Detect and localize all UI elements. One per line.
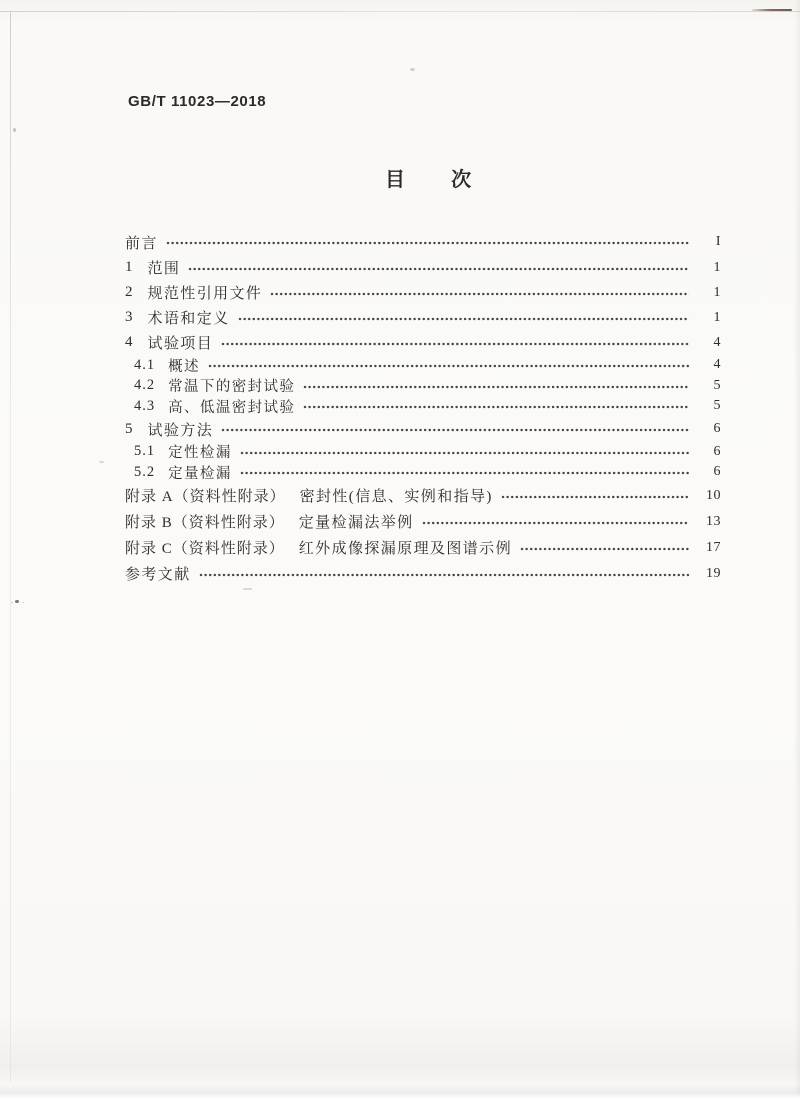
toc-item-label: 高、低温密封试验 [168, 396, 295, 417]
toc-row: 2 规范性引用文件 1 [125, 280, 721, 305]
toc-item-label: 概述 [168, 355, 200, 376]
toc-item-page: 19 [695, 566, 721, 582]
toc-row: 5.2 定量检漏 6 [125, 462, 721, 483]
dot-leader [303, 385, 689, 389]
toc-list: 前言 I 1 范围 1 2 规范性引用文件 1 3 术语和定义 1 4 试验项目… [125, 229, 721, 587]
toc-row: 5 试验方法 6 [125, 417, 721, 442]
toc-item-label: 前言 [125, 232, 158, 253]
toc-row: 附录 C（资料性附录） 红外成像探漏原理及图谱示例 17 [125, 535, 721, 561]
toc-row: 4.2 常温下的密封试验 5 [125, 376, 721, 397]
dot-leader [166, 241, 689, 245]
toc-item-label: 参考文献 [125, 563, 191, 584]
toc-item-page: 6 [695, 421, 721, 437]
scan-edge-top [0, 11, 800, 12]
toc-item-page: 1 [695, 260, 721, 276]
dot-leader [188, 267, 689, 271]
toc-item-page: 5 [695, 378, 721, 394]
dot-leader [501, 495, 689, 499]
dot-leader [221, 342, 689, 346]
toc-row: 附录 A（资料性附录） 密封性(信息、实例和指导) 10 [125, 483, 721, 509]
scan-edge-bottom [0, 1084, 800, 1100]
toc-item-page: 6 [695, 464, 721, 480]
toc-row: 附录 B（资料性附录） 定量检漏法举例 13 [125, 509, 721, 535]
dot-leader [240, 451, 689, 455]
dot-leader [240, 471, 689, 475]
toc-row: 参考文献 19 [125, 561, 721, 587]
dot-leader [270, 292, 689, 296]
toc-item-label: 常温下的密封试验 [168, 375, 295, 396]
toc-item-label: 定量检漏 [168, 462, 232, 483]
dot-leader [422, 521, 689, 525]
toc-item-label: 定性检漏 [168, 441, 232, 462]
scanned-document-page: GB/T 11023—2018 目 次 前言 I 1 范围 1 2 规范性引用文… [0, 0, 800, 1100]
toc-item-number: 5.1 [134, 443, 155, 460]
dot-leader [199, 573, 689, 577]
toc-item-number: 4.3 [134, 398, 155, 415]
toc-title: 目 次 [385, 163, 472, 192]
toc-row: 4 试验项目 4 [125, 330, 721, 355]
toc-item-page: 4 [695, 335, 721, 351]
scan-corner-mark [752, 9, 792, 11]
toc-item-label: 范围 [148, 257, 181, 278]
scan-edge-right [794, 0, 800, 1100]
dot-leader [303, 405, 689, 409]
scan-speck [99, 461, 104, 463]
toc-row: 4.3 高、低温密封试验 5 [125, 396, 721, 417]
toc-item-number: 4.2 [134, 377, 155, 394]
toc-item-number: 1 [125, 259, 134, 276]
toc-row: 3 术语和定义 1 [125, 305, 721, 330]
toc-item-page: 1 [695, 310, 721, 326]
toc-item-number: 3 [125, 309, 134, 326]
toc-row: 4.1 概述 4 [125, 355, 721, 376]
toc-item-page: 17 [695, 540, 721, 556]
dot-leader [520, 547, 689, 551]
toc-row: 1 范围 1 [125, 255, 721, 280]
toc-item-page: 4 [695, 357, 721, 373]
toc-item-label: 红外成像探漏原理及图谱示例 [299, 537, 512, 558]
toc-item-number: 5 [125, 421, 134, 438]
toc-item-page: 1 [695, 285, 721, 301]
toc-item-number: 4 [125, 334, 134, 351]
scan-speck [410, 68, 415, 71]
toc-row: 5.1 定性检漏 6 [125, 442, 721, 463]
toc-item-page: 6 [695, 444, 721, 460]
dot-leader [221, 428, 689, 432]
toc-item-page: 5 [695, 398, 721, 414]
toc-item-page: 10 [695, 488, 721, 504]
toc-item-number: 附录 A（资料性附录） [125, 485, 286, 506]
toc-item-label: 定量检漏法举例 [299, 511, 414, 532]
dot-leader [208, 364, 689, 368]
dot-leader [238, 317, 689, 321]
toc-item-number: 附录 B（资料性附录） [125, 511, 285, 532]
toc-item-page: I [695, 234, 721, 250]
toc-row: 前言 I [125, 229, 721, 255]
scan-speck [15, 600, 19, 603]
scan-speck [243, 588, 252, 590]
scan-speck [13, 128, 16, 132]
toc-item-label: 试验方法 [148, 419, 214, 440]
toc-item-label: 密封性(信息、实例和指导) [300, 485, 493, 506]
toc-item-number: 5.2 [134, 464, 155, 481]
toc-item-number: 附录 C（资料性附录） [125, 537, 285, 558]
toc-item-label: 规范性引用文件 [148, 282, 263, 303]
document-code: GB/T 11023—2018 [128, 93, 266, 110]
toc-item-label: 术语和定义 [148, 307, 230, 328]
scan-edge-left [10, 12, 11, 1082]
toc-item-number: 4.1 [134, 357, 155, 374]
toc-item-number: 2 [125, 284, 134, 301]
toc-item-label: 试验项目 [148, 332, 214, 353]
toc-item-page: 13 [695, 514, 721, 530]
